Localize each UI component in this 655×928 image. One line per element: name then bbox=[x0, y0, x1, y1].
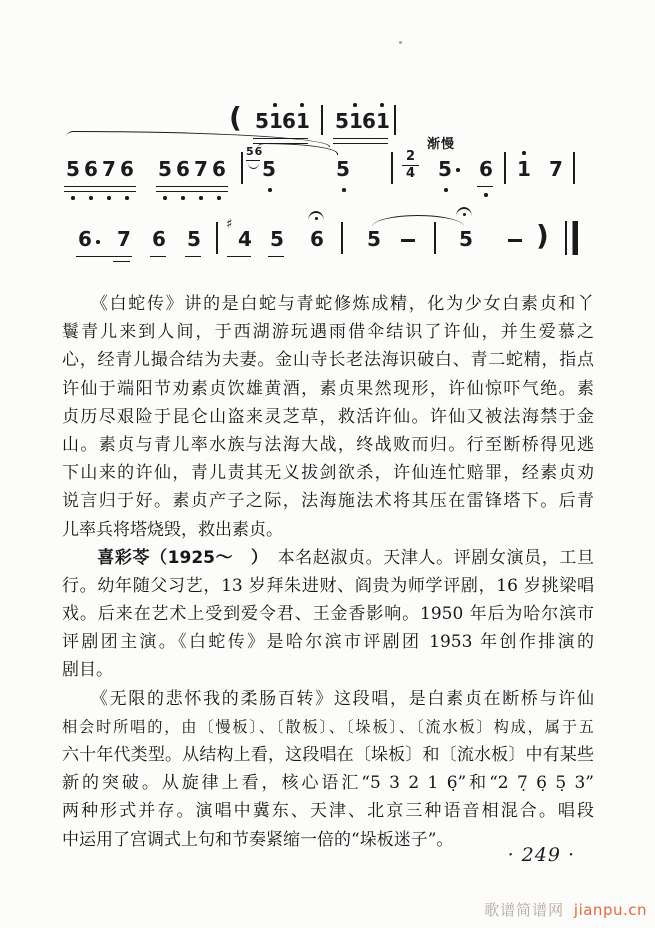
octave-dot bbox=[456, 168, 460, 172]
text-line: 评剧团主演。《白蛇传》是哈尔滨市评剧团 1953 年创作排演的 bbox=[62, 628, 594, 656]
jianpu-note: 5 bbox=[66, 158, 80, 180]
octave-dot bbox=[163, 196, 167, 200]
page-number: · 249 · bbox=[508, 844, 575, 866]
jianpu-note: 6 bbox=[78, 228, 92, 250]
octave-dot bbox=[342, 188, 346, 192]
jianpu-note: 6 bbox=[282, 110, 296, 132]
jianpu-note: 5 bbox=[459, 228, 473, 250]
text-line: 六十年代类型。从结构上看，这段唱在〔垛板〕和〔流水板〕中有某些 bbox=[62, 741, 594, 769]
octave-dot bbox=[89, 196, 93, 200]
octave-dot bbox=[217, 196, 221, 200]
text-line: 新的突破。从旋律上看，核心语汇“5 3 2 1 6̣”和“2 7̣ 6̣ 5̣ … bbox=[62, 769, 594, 797]
scan-speck bbox=[399, 41, 402, 44]
octave-dot bbox=[522, 151, 526, 155]
octave-dot bbox=[444, 188, 448, 192]
text-line: 心，经青儿撮合结为夫妻。金山寺长老法海识破白、青二蛇精，指点 bbox=[62, 346, 594, 374]
beam-underline bbox=[246, 160, 260, 161]
jianpu-note: 5 bbox=[367, 228, 381, 250]
text-run: 戏。后来在艺术上受到爱令君、王金香影响。1950 年后为哈尔滨市 bbox=[62, 604, 594, 624]
text-line: 鬟青儿来到人间，于西湖游玩遇雨借伞结识了许仙，并生爱慕之 bbox=[62, 318, 594, 346]
music-symbol: ♯ bbox=[226, 218, 232, 232]
jianpu-note: 1 bbox=[349, 110, 363, 132]
octave-dot bbox=[71, 196, 75, 200]
barline bbox=[394, 105, 396, 135]
body-text: 《白蛇传》讲的是白蛇与青蛇修炼成精，化为少女白素贞和丫鬟青儿来到人间，于西湖游玩… bbox=[62, 290, 594, 854]
octave-dot bbox=[181, 196, 185, 200]
jianpu-note: 7 bbox=[117, 228, 131, 250]
person-name-bold: 喜彩苓（1925～ ） bbox=[97, 548, 260, 568]
text-line: 行。幼年随父习艺，13 岁拜朱进财、阎贵为师学评剧，16 岁挑梁唱 bbox=[62, 572, 594, 600]
octave-dot bbox=[125, 196, 129, 200]
duration-dash bbox=[401, 239, 415, 242]
text-run: 儿率兵将塔烧毁，救出素贞。 bbox=[62, 520, 283, 540]
jianpu-note: 6 bbox=[176, 158, 190, 180]
time-signature: 24 bbox=[402, 149, 419, 181]
jianpu-note: 4 bbox=[238, 228, 252, 250]
jianpu-note: 7 bbox=[102, 158, 116, 180]
jianpu-note: 1 bbox=[269, 110, 283, 132]
beam-underline bbox=[76, 256, 132, 257]
text-run: 山。素贞与青儿率水族与法海大战，终战败而归。行至断桥得见逃 bbox=[62, 435, 594, 455]
octave-dot bbox=[96, 240, 100, 244]
text-line: 许仙于端阳节劝素贞饮雄黄酒，素贞果然现形，许仙惊吓气绝。素 bbox=[62, 375, 594, 403]
beam-underline bbox=[156, 186, 228, 192]
text-line: 下山来的许仙，青儿责其无义拔剑欲杀，许仙连忙赔罪，经素贞劝 bbox=[62, 459, 594, 487]
fermata bbox=[456, 207, 472, 217]
octave-dot bbox=[380, 103, 384, 107]
text-run: 鬟青儿来到人间，于西湖游玩遇雨借伞结识了许仙，并生爱慕之 bbox=[62, 322, 594, 342]
text-run bbox=[62, 548, 97, 568]
text-line: 说言归于好。素贞产子之际，法海施法术将其压在雷锋塔下。后青 bbox=[62, 487, 594, 515]
text-run: 评剧团主演。《白蛇传》是哈尔滨市评剧团 1953 年创作排演的 bbox=[62, 632, 594, 652]
text-line: 儿率兵将塔烧毁，救出素贞。 bbox=[62, 516, 594, 544]
barline bbox=[573, 152, 575, 184]
beam-underline bbox=[477, 186, 493, 187]
music-symbol: ) bbox=[536, 221, 549, 252]
jianpu-note: 7 bbox=[549, 158, 563, 180]
jianpu-note: 6 bbox=[152, 228, 166, 250]
watermark: 歌谱简谱网 jianpu.cn bbox=[484, 899, 647, 920]
barline bbox=[341, 222, 343, 254]
time-sig-numerator: 2 bbox=[402, 149, 419, 166]
jianpu-note: 5 bbox=[158, 158, 172, 180]
jianpu-note: 6 bbox=[310, 228, 324, 250]
text-line: 剧目。 bbox=[62, 656, 594, 684]
text-run: 《无限的悲怀我的柔肠百转》这段唱，是白素贞在断桥与许仙 bbox=[62, 689, 594, 709]
jianpu-note: 1 bbox=[517, 158, 531, 180]
jianpu-note: 5 bbox=[270, 228, 284, 250]
octave-dot bbox=[107, 196, 111, 200]
beam-underline bbox=[333, 138, 388, 144]
text-run: 行。幼年随父习艺，13 岁拜朱进财、阎贵为师学评剧，16 岁挑梁唱 bbox=[62, 576, 594, 596]
final-barline bbox=[565, 221, 578, 255]
beam-underline bbox=[64, 186, 136, 192]
octave-dot bbox=[300, 103, 304, 107]
text-run: 下山来的许仙，青儿责其无义拔剑欲杀，许仙连忙赔罪，经素贞劝 bbox=[62, 463, 594, 483]
beam-underline bbox=[185, 256, 201, 257]
barline bbox=[241, 152, 243, 184]
text-line: 《白蛇传》讲的是白蛇与青蛇修炼成精，化为少女白素贞和丫 bbox=[62, 290, 594, 318]
grace-notes: 56 bbox=[246, 145, 263, 158]
barline bbox=[504, 152, 506, 184]
beam-underline bbox=[268, 256, 284, 257]
text-run: 新的突破。从旋律上看，核心语汇“5 3 2 1 6̣”和“2 7̣ 6̣ 5̣ … bbox=[62, 773, 594, 793]
grace-slur bbox=[248, 162, 259, 169]
text-run: 《白蛇传》讲的是白蛇与青蛇修炼成精，化为少女白素贞和丫 bbox=[62, 294, 594, 314]
beam-underline bbox=[227, 256, 251, 257]
text-line: 两种形式并存。演唱中冀东、天津、北京三种语音相混合。唱段 bbox=[62, 797, 594, 825]
text-line: 戏。后来在艺术上受到爱令君、王金香影响。1950 年后为哈尔滨市 bbox=[62, 600, 594, 628]
octave-dot bbox=[199, 196, 203, 200]
text-line: 相会时所唱的，由〔慢板〕、〔散板〕、〔垛板〕、〔流水板〕构成，属于五 bbox=[62, 713, 594, 741]
text-run: 两种形式并存。演唱中冀东、天津、北京三种语音相混合。唱段 bbox=[62, 801, 594, 821]
watermark-site-name: 歌谱简谱网 bbox=[484, 901, 564, 919]
octave-dot bbox=[484, 193, 488, 197]
scanned-book-page: (5161516156765676565524渐慢56176765♯45655)… bbox=[0, 0, 655, 928]
jianpu-note: 5 bbox=[335, 110, 349, 132]
octave-dot bbox=[273, 103, 277, 107]
jianpu-note: 5 bbox=[262, 158, 276, 180]
octave-dot bbox=[268, 188, 272, 192]
jianpu-note: 1 bbox=[296, 110, 310, 132]
text-run: 本名赵淑贞。天津人。评剧女演员，工旦 bbox=[260, 548, 594, 568]
octave-dot bbox=[353, 103, 357, 107]
text-line: 山。素贞与青儿率水族与法海大战，终战败而归。行至断桥得见逃 bbox=[62, 431, 594, 459]
text-run: 中运用了宫调式上句和节奏紧缩一倍的“垛板迷子”。 bbox=[62, 830, 453, 850]
time-sig-denominator: 4 bbox=[402, 166, 419, 181]
text-run: 心，经青儿撮合结为夫妻。金山寺长老法海识破白、青二蛇精，指点 bbox=[62, 350, 594, 370]
text-run: 贞历尽艰险于昆仑山盗来灵芝草，救活许仙。许仙又被法海禁于金 bbox=[62, 407, 594, 427]
text-run: 相会时所唱的，由〔慢板〕、〔散板〕、〔垛板〕、〔流水板〕构成，属于五 bbox=[62, 718, 594, 736]
beam-underline bbox=[113, 261, 130, 262]
text-run: 说言归于好。素贞产子之际，法海施法术将其压在雷锋塔下。后青 bbox=[62, 491, 594, 511]
jianpu-note: 6 bbox=[362, 110, 376, 132]
beam-underline bbox=[150, 256, 166, 257]
jianpu-note: 5 bbox=[187, 228, 201, 250]
slur bbox=[372, 215, 464, 228]
jianpu-note: 6 bbox=[84, 158, 98, 180]
music-symbol: ( bbox=[229, 103, 242, 134]
jianpu-note: 5 bbox=[336, 158, 350, 180]
jianpu-note: 5 bbox=[255, 110, 269, 132]
jianpu-note: 6 bbox=[479, 158, 493, 180]
barline bbox=[321, 105, 323, 135]
jianpu-note: 5 bbox=[438, 158, 452, 180]
text-line: 喜彩苓（1925～ ） 本名赵淑贞。天津人。评剧女演员，工旦 bbox=[62, 544, 594, 572]
fermata bbox=[308, 211, 324, 221]
watermark-site-url: jianpu.cn bbox=[574, 901, 647, 919]
barline bbox=[216, 222, 218, 254]
barline bbox=[391, 152, 393, 184]
jianpu-note: 6 bbox=[120, 158, 134, 180]
jianpu-note: 7 bbox=[194, 158, 208, 180]
duration-dash bbox=[508, 239, 522, 242]
text-run: 剧目。 bbox=[62, 660, 113, 680]
text-line: 贞历尽艰险于昆仑山盗来灵芝草，救活许仙。许仙又被法海禁于金 bbox=[62, 403, 594, 431]
text-run: 六十年代类型。从结构上看，这段唱在〔垛板〕和〔流水板〕中有某些 bbox=[62, 745, 594, 765]
jianpu-note: 1 bbox=[376, 110, 390, 132]
text-run: 许仙于端阳节劝素贞饮雄黄酒，素贞果然现形，许仙惊吓气绝。素 bbox=[62, 379, 594, 399]
tempo-label: 渐慢 bbox=[427, 133, 455, 152]
jianpu-note: 6 bbox=[212, 158, 226, 180]
text-line: 《无限的悲怀我的柔肠百转》这段唱，是白素贞在断桥与许仙 bbox=[62, 685, 594, 713]
